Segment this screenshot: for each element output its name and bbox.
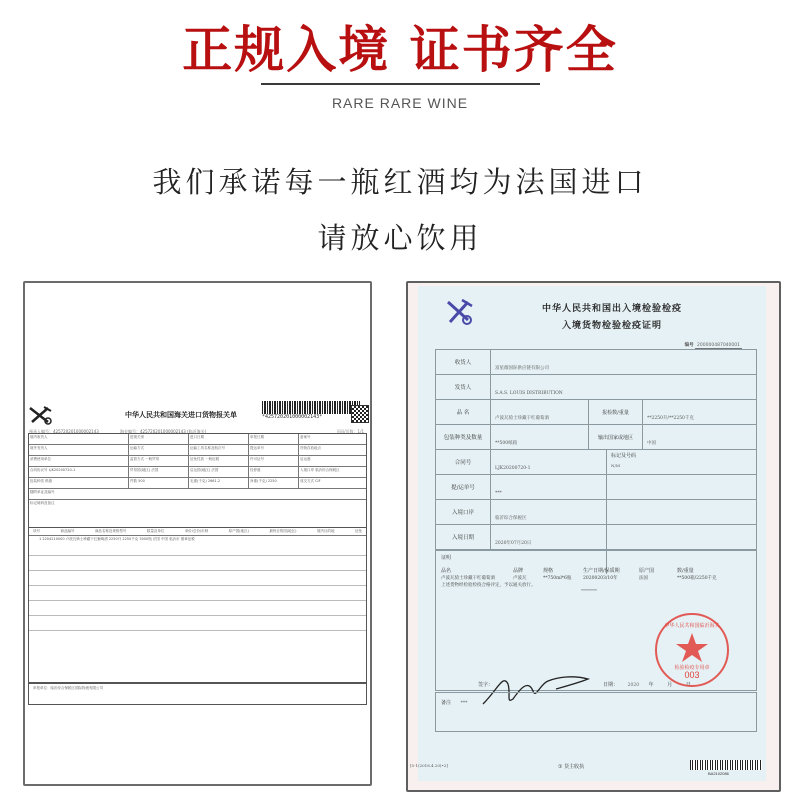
official-seal-stamp: 003 检验检疫专用章 中华人民共和国临沂海关 — [653, 611, 731, 689]
goods-col: 境内目的地 — [317, 529, 335, 534]
waybill-label: 提/运单号 — [436, 475, 491, 499]
goods-col: 单价/总价/币制 — [185, 529, 208, 534]
remarks-label: 备注 — [441, 700, 451, 706]
form-code: [5-1(2018.4.20)•2] — [410, 763, 448, 768]
table-cell: 包装种类 纸箱 — [29, 478, 129, 488]
table-cell: 提运单号 — [249, 445, 299, 455]
declaration-table: 境内收货人 进境关别 进口日期 申报日期 备案号 境外发货人 运输方式 运输工具… — [28, 433, 367, 528]
table-cell: 贸易国(地区) 法国 — [129, 467, 189, 477]
cert-header: 原产国 — [639, 567, 677, 574]
copy-label: ① 货主收执 — [558, 763, 584, 770]
certificate-table: 收货人 富星薇国际供应链有限公司 发货人 S.A.S. LOUIS DISTRI… — [435, 349, 757, 551]
consignee-label: 收货人 — [436, 350, 491, 374]
product-name-value: 卢波瓦骑士珍藏干红葡萄酒 — [491, 400, 589, 424]
promise-line-1: 我们承诺每一瓶红酒均为法国进口 — [0, 160, 800, 201]
cert-cell: **750ml*6瓶 — [543, 575, 583, 581]
goods-col: 商品编号 — [60, 529, 74, 534]
table-cell: 境外发货人 — [29, 445, 129, 455]
consignor-value: S.A.S. LOUIS DISTRIBUTION — [491, 375, 756, 399]
declarant-footer: 申报单位：临沂综合保税区国际物流有限公司 — [28, 683, 367, 705]
remarks-value: *** — [461, 701, 468, 706]
contract-label: 合同号 — [436, 450, 491, 474]
goods-col: 数量及单位 — [147, 529, 165, 534]
goods-item: 1 2204210000 卢波瓦骑士珍藏干红葡萄酒 2250升 2250千克 3… — [29, 536, 366, 556]
stamp-bottom-text: 检验检疫专用章 — [674, 664, 709, 671]
cert-cell: 法国 — [639, 575, 677, 581]
certificate-title-2: 入境货物检验检疫证明 — [418, 318, 766, 331]
package-label: 包装种类及数量 — [436, 425, 491, 449]
table-cell: 进口日期 — [189, 434, 249, 444]
number-label: 编号 — [685, 343, 694, 348]
origin-label: 输出国家或地区 — [589, 425, 643, 449]
waybill-value: *** — [491, 475, 589, 499]
table-row: 包装种类 纸箱 件数 500 毛重(千克) 2661.2 净重(千克) 2250… — [29, 478, 366, 489]
table-cell: 征免性质 一般征税 — [189, 456, 249, 466]
certificate-number: 编号 200000487040001 — [685, 342, 742, 348]
table-cell: 净重(千克) 2250 — [249, 478, 299, 488]
stamp-top-text: 中华人民共和国临沂海关 — [664, 622, 719, 629]
declared-qty-value: **2250升/**2250千克 — [643, 400, 756, 424]
goods-col: 项号 — [33, 529, 40, 534]
table-cell: 监管方式 一般贸易 — [129, 456, 189, 466]
table-row: 境外发货人 运输方式 运输工具名称及航次号 提运单号 货物存放地点 — [29, 445, 366, 456]
origin-value: 中国 — [643, 425, 756, 449]
goods-col: 征免 — [355, 529, 362, 534]
table-row: 境内收货人 进境关别 进口日期 申报日期 备案号 — [29, 434, 366, 445]
goods-blank-line — [29, 586, 366, 601]
customs-declaration-document: 中华人民共和国海关进口货物报关单 *425720201000002143* 预录… — [23, 281, 372, 786]
inspection-certificate-document: 中华人民共和国出入境检验检疫 入境货物检验检疫证明 编号 20000048704… — [406, 281, 781, 792]
marks-value: N/M — [611, 463, 753, 468]
table-row: 品 名 卢波瓦骑士珍藏干红葡萄酒 报检数/重量 **2250升/**2250千克 — [436, 400, 756, 425]
barcode-number: *425720201000002143* — [262, 414, 322, 420]
cert-cell: 20200203/10年 — [583, 575, 639, 581]
table-cell: 经停港 — [249, 467, 299, 477]
product-name-label: 品 名 — [436, 400, 491, 424]
qr-code-icon — [351, 405, 369, 423]
goods-blank-line — [29, 556, 366, 571]
goods-blank-line — [29, 601, 366, 616]
date-year: 2020 — [628, 683, 639, 688]
certification-label: 证明 — [441, 554, 751, 561]
cert-header: 品牌 — [513, 567, 543, 574]
certificate-paper: 中华人民共和国出入境检验检疫 入境货物检验检疫证明 编号 20000048704… — [418, 286, 766, 781]
table-cell: 成交方式 CIF — [299, 478, 366, 488]
entry-port-value: 临沂综合保税区 — [491, 500, 589, 524]
promise-line-2: 请放心饮用 — [0, 216, 800, 257]
cert-header-row: 品名 品牌 规格 生产日期/保质期 原产国 数/重量 — [441, 567, 751, 574]
entry-date-label: 入境日期 — [436, 525, 491, 549]
table-cell: 许可证号 — [249, 456, 299, 466]
cert-stars: ******** — [581, 588, 751, 593]
brand-subtitle: RARE RARE WINE — [0, 95, 800, 111]
table-row: 合同协议号 LJK20200720-1 贸易国(地区) 法国 启运国(地区) 法… — [29, 467, 366, 478]
stamp-number: 003 — [684, 670, 699, 680]
remarks-section: 备注 *** — [435, 692, 757, 732]
package-value: **500纸箱 — [491, 425, 589, 449]
table-cell: 启运港 — [299, 456, 366, 466]
cert-header: 规格 — [543, 567, 583, 574]
table-cell: 入境口岸 临沂综合保税区 — [299, 467, 366, 477]
table-cell: 备案号 — [299, 434, 366, 444]
certificate-barcode-number: BA2102086 — [708, 771, 729, 776]
goods-header: 项号 商品编号 商品名称及规格型号 数量及单位 单价/总价/币制 原产国(地区)… — [29, 528, 366, 536]
table-cell: 消费使用单位 — [29, 456, 129, 466]
cert-data-row: 卢波瓦骑士珍藏干红葡萄酒 卢波瓦 **750ml*6瓶 20200203/10年… — [441, 575, 751, 581]
table-cell: 申报日期 — [249, 434, 299, 444]
goods-table: 项号 商品编号 商品名称及规格型号 数量及单位 单价/总价/币制 原产国(地区)… — [28, 528, 367, 683]
barcode — [262, 401, 360, 414]
goods-blank-line — [29, 616, 366, 631]
entry-date-value: 2020年07月20日 — [491, 525, 589, 549]
table-cell: 货物存放地点 — [299, 445, 366, 455]
table-row: 包装种类及数量 **500纸箱 输出国家或地区 中国 — [436, 425, 756, 450]
marks-label: 标记及号码 — [611, 452, 753, 459]
goods-col: 原产国(地区) — [229, 529, 249, 534]
consignor-label: 发货人 — [436, 375, 491, 399]
table-cell: 毛重(千克) 2661.2 — [189, 478, 249, 488]
cert-header: 品名 — [441, 567, 513, 574]
table-cell: 境内收货人 — [29, 434, 129, 444]
contract-value: LJK20200720-1 — [491, 450, 589, 474]
declaration-title: 中华人民共和国海关进口货物报关单 — [125, 410, 237, 420]
table-row: 收货人 富星薇国际供应链有限公司 — [436, 350, 756, 375]
customs-emblem-icon — [28, 405, 54, 425]
cert-cell: 卢波瓦骑士珍藏干红葡萄酒 — [441, 575, 513, 581]
cert-header: 生产日期/保质期 — [583, 567, 639, 574]
goods-blank-line — [29, 571, 366, 586]
table-row: 消费使用单位 监管方式 一般贸易 征免性质 一般征税 许可证号 启运港 — [29, 456, 366, 467]
goods-col: 商品名称及规格型号 — [95, 529, 127, 534]
certificate-title-1: 中华人民共和国出入境检验检疫 — [418, 301, 766, 314]
divider — [261, 83, 540, 85]
remarks-label: 标记唛码及备注 — [29, 500, 366, 511]
table-row: 发货人 S.A.S. LOUIS DISTRIBUTION — [436, 375, 756, 400]
cert-cell: **500箱/2250千克 — [677, 575, 737, 581]
entry-port-label: 入境口岸 — [436, 500, 491, 524]
cert-cell: 卢波瓦 — [513, 575, 543, 581]
date-label: 日期： — [603, 682, 618, 688]
table-cell: 件数 500 — [129, 478, 189, 488]
table-cell: 启运国(地区) 法国 — [189, 467, 249, 477]
certificate-barcode — [690, 760, 762, 770]
cert-header: 数/重量 — [677, 567, 737, 574]
attached-docs-label: 随附单证及编号 — [29, 489, 366, 500]
consignee-value: 富星薇国际供应链有限公司 — [491, 350, 756, 374]
declared-qty-label: 报检数/重量 — [589, 400, 643, 424]
table-cell: 进境关别 — [129, 434, 189, 444]
table-cell: 运输工具名称及航次号 — [189, 445, 249, 455]
goods-col: 最终目的国(地区) — [269, 529, 296, 534]
table-cell: 合同协议号 LJK20200720-1 — [29, 467, 129, 477]
table-cell: 运输方式 — [129, 445, 189, 455]
headline: 正规入境 证书齐全 — [0, 10, 800, 82]
